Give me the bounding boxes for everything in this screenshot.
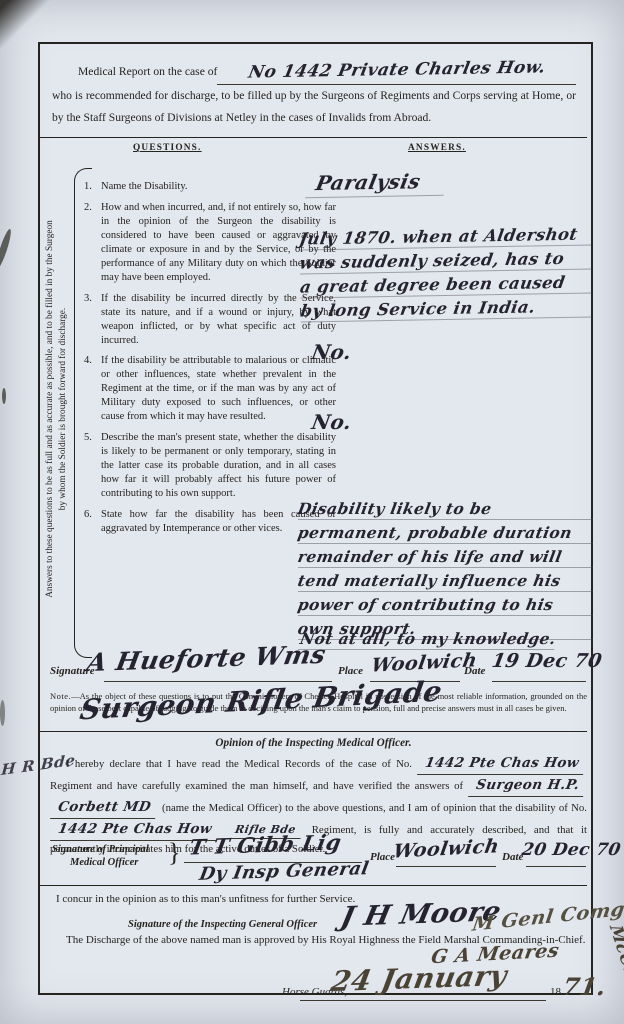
concur-statement: I concur in the opinion as to this man's… bbox=[56, 893, 355, 905]
answer-3-handwriting: No. bbox=[310, 340, 354, 364]
answer-2-line-3: a great degree been caused bbox=[299, 273, 567, 297]
igo-label: Signature of the Inspecting General Offi… bbox=[128, 919, 317, 930]
answer-2-line-4: by long Service in India. bbox=[299, 297, 537, 320]
declaration-p3: (name the Medical Officer) to the above … bbox=[162, 802, 587, 814]
question-1-number: 1. bbox=[84, 180, 92, 194]
answer-5-line-3: remainder of his life and will bbox=[296, 547, 563, 566]
question-5-text: Describe the man's present state, whethe… bbox=[101, 432, 336, 499]
date-handwriting: 19 Dec 70 bbox=[490, 650, 604, 672]
header-body: who is recommended for discharge, to be … bbox=[52, 85, 576, 130]
date-underline bbox=[492, 681, 586, 682]
pmo-date-handwriting: 20 Dec 70 bbox=[520, 840, 622, 860]
answer-5-line-4: tend materially influence his bbox=[296, 571, 562, 590]
question-5-number: 5. bbox=[84, 431, 92, 445]
answer-2-line-1: July 1870. when at Aldershot bbox=[298, 225, 579, 249]
pmo-date-underline bbox=[526, 866, 586, 867]
pmo-label-line2: Medical Officer bbox=[70, 857, 138, 868]
question-1-text: Name the Disability. bbox=[101, 181, 188, 192]
question-6-number: 6. bbox=[84, 508, 92, 522]
scan-smudge bbox=[0, 700, 5, 726]
answer-2-line-2: was suddenly seized, has to bbox=[298, 249, 565, 273]
note-divider bbox=[40, 731, 587, 732]
answer-5-line-1: Disability likely to be bbox=[296, 499, 493, 518]
form-header: Medical Report on the case of No 1442 Pr… bbox=[52, 54, 576, 130]
question-4-text: If the disability be attributable to mal… bbox=[101, 355, 336, 422]
year-prefix: 18 bbox=[550, 986, 561, 998]
answer-3: No. bbox=[312, 340, 351, 364]
declaration-p1: I hereby declare that I have read the Me… bbox=[50, 758, 412, 770]
footer-date-underline bbox=[300, 1000, 546, 1001]
pmo-place-underline bbox=[396, 866, 496, 867]
question-4: 4. If the disability be attributable to … bbox=[84, 354, 336, 424]
question-5: 5. Describe the man's present state, whe… bbox=[84, 431, 336, 501]
pmo-label-line1: Signature of Principal bbox=[52, 844, 149, 855]
answer-4-handwriting: No. bbox=[310, 410, 354, 434]
case-name-line: No 1442 Private Charles How. bbox=[217, 54, 576, 85]
note-label: Note. bbox=[50, 691, 71, 701]
medical-officer-name-handwriting: Corbett MD bbox=[50, 797, 159, 819]
sidebar-instruction: Answers to these questions to be as full… bbox=[44, 163, 78, 655]
answer-6-handwriting: Not at all, to my knowledge. bbox=[298, 629, 557, 650]
declaration-p2: Regiment and have carefully examined the… bbox=[50, 780, 463, 792]
question-2-number: 2. bbox=[84, 201, 92, 215]
date-label: Date bbox=[464, 665, 485, 677]
answer-1: Paralysis bbox=[308, 170, 446, 197]
answer-4: No. bbox=[312, 410, 351, 434]
answers-column-header: ANSWERS. bbox=[408, 143, 466, 153]
answer-5-line-2: permanent, probable duration bbox=[296, 523, 573, 542]
answer-6: Not at all, to my knowledge. bbox=[300, 629, 556, 650]
scan-smudge bbox=[0, 228, 13, 270]
opinion-title: Opinion of the Inspecting Medical Office… bbox=[40, 737, 587, 749]
question-3-number: 3. bbox=[84, 292, 92, 306]
case-name-handwriting: No 1442 Private Charles How. bbox=[245, 51, 548, 89]
scan-smudge bbox=[2, 388, 6, 404]
case-insert-1-handwriting: 1442 Pte Chas How bbox=[417, 753, 587, 775]
pmo-brace: } bbox=[168, 838, 180, 868]
sidebar-line-1: Answers to these questions to be as full… bbox=[44, 163, 57, 655]
corner-scrawl-handwriting: McCrag bbox=[605, 924, 624, 1000]
footer-date-handwriting: 24 January bbox=[328, 959, 509, 998]
year-handwriting: 71. bbox=[560, 972, 608, 1001]
header-intro: Medical Report on the case of bbox=[52, 61, 217, 84]
document-page: Medical Report on the case of No 1442 Pr… bbox=[0, 0, 624, 1024]
answer-1-handwriting: Paralysis bbox=[305, 169, 449, 198]
answer-5-line-5: power of contributing to his bbox=[296, 595, 555, 614]
question-4-number: 4. bbox=[84, 354, 92, 368]
place-label: Place bbox=[338, 665, 363, 677]
answer-2: July 1870. when at Aldershot was suddenl… bbox=[299, 224, 593, 325]
sidebar-line-2: by whom the Soldier is brought forward f… bbox=[57, 163, 70, 655]
answer-5: Disability likely to be permanent, proba… bbox=[298, 499, 593, 643]
surgeon-insert-handwriting: Surgeon H.P. bbox=[468, 775, 587, 797]
questions-list: 1. Name the Disability. 2. How and when … bbox=[84, 180, 336, 543]
question-1: 1. Name the Disability. bbox=[84, 180, 336, 194]
pmo-divider bbox=[40, 885, 587, 886]
header-divider bbox=[40, 137, 587, 138]
scanned-medical-report: { "header": { "intro": "Medical Report o… bbox=[0, 0, 624, 1024]
questions-column-header: QUESTIONS. bbox=[133, 143, 202, 153]
